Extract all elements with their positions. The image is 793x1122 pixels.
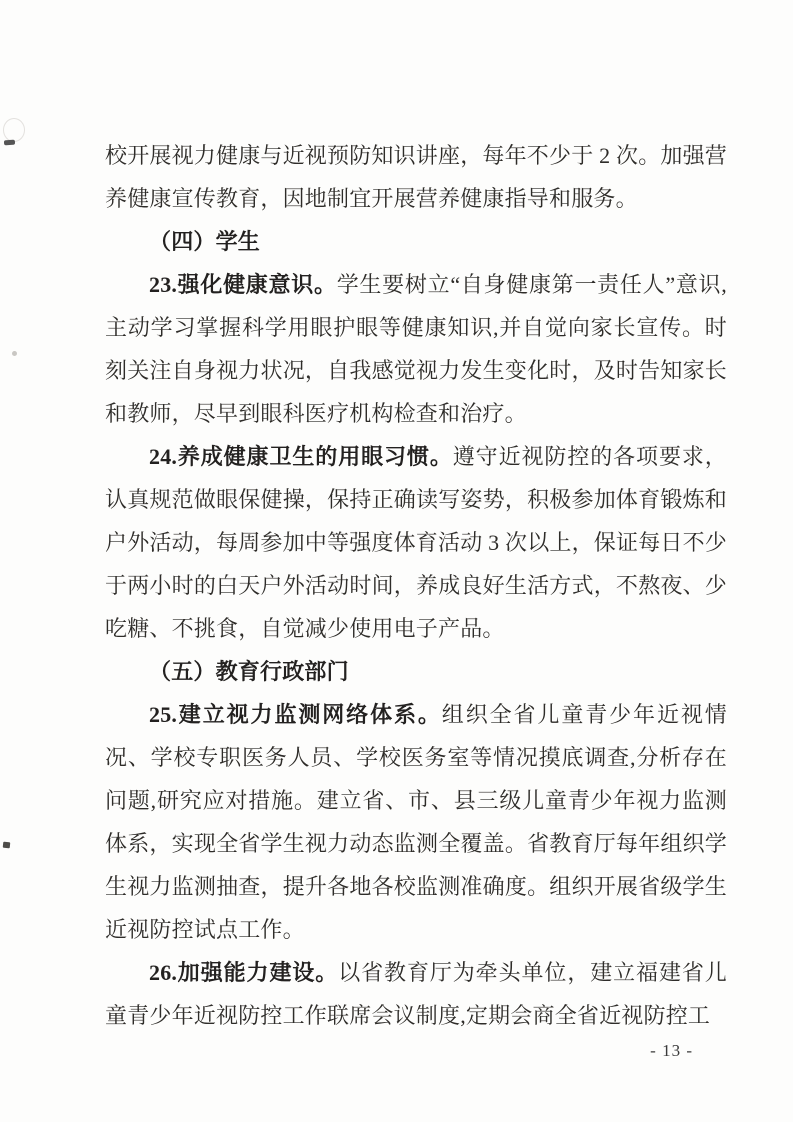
paragraph-item-23: 23.强化健康意识。学生要树立“自身健康第一责任人”意识,主动学习掌握科学用眼护… xyxy=(105,263,727,435)
paragraph-item-24: 24.养成健康卫生的用眼习惯。遵守近视防控的各项要求，认真规范做眼保健操，保持正… xyxy=(105,435,727,650)
paragraph-text: 校开展视力健康与近视预防知识讲座，每年不少于 2 次。加强营养健康宣传教育，因地… xyxy=(105,143,727,211)
section-heading-education-admin: （五）教育行政部门 xyxy=(105,650,727,693)
document-page: 校开展视力健康与近视预防知识讲座，每年不少于 2 次。加强营养健康宣传教育，因地… xyxy=(0,0,793,1122)
paragraph-item-26: 26.加强能力建设。以省教育厅为牵头单位，建立福建省儿童青少年近视防控工作联席会… xyxy=(105,951,727,1037)
paragraph-item-25: 25.建立视力监测网络体系。组织全省儿童青少年近视情况、学校专职医务人员、学校医… xyxy=(105,693,727,951)
paragraph-lead: 25.建立视力监测网络体系。 xyxy=(149,702,442,727)
scan-artifact xyxy=(12,351,17,356)
paragraph-lead: 23.强化健康意识。 xyxy=(149,272,337,297)
section-heading-text: （四）学生 xyxy=(149,229,260,254)
paragraph-lead: 24.养成健康卫生的用眼习惯。 xyxy=(149,444,453,469)
paragraph-text: 组织全省儿童青少年近视情况、学校专职医务人员、学校医务室等情况摸底调查,分析存在… xyxy=(105,702,727,942)
page-content: 校开展视力健康与近视预防知识讲座，每年不少于 2 次。加强营养健康宣传教育，因地… xyxy=(105,134,727,1037)
section-heading-text: （五）教育行政部门 xyxy=(149,659,349,684)
section-heading-students: （四）学生 xyxy=(105,220,727,263)
page-number: - 13 - xyxy=(650,1041,693,1061)
scan-artifact xyxy=(3,842,11,849)
scan-artifact xyxy=(3,118,25,142)
paragraph-lead: 26.加强能力建设。 xyxy=(149,960,338,985)
scan-artifact xyxy=(4,140,15,146)
paragraph-text: 遵守近视防控的各项要求，认真规范做眼保健操，保持正确读写姿势，积极参加体育锻炼和… xyxy=(105,444,727,641)
paragraph-continuation: 校开展视力健康与近视预防知识讲座，每年不少于 2 次。加强营养健康宣传教育，因地… xyxy=(105,134,727,220)
